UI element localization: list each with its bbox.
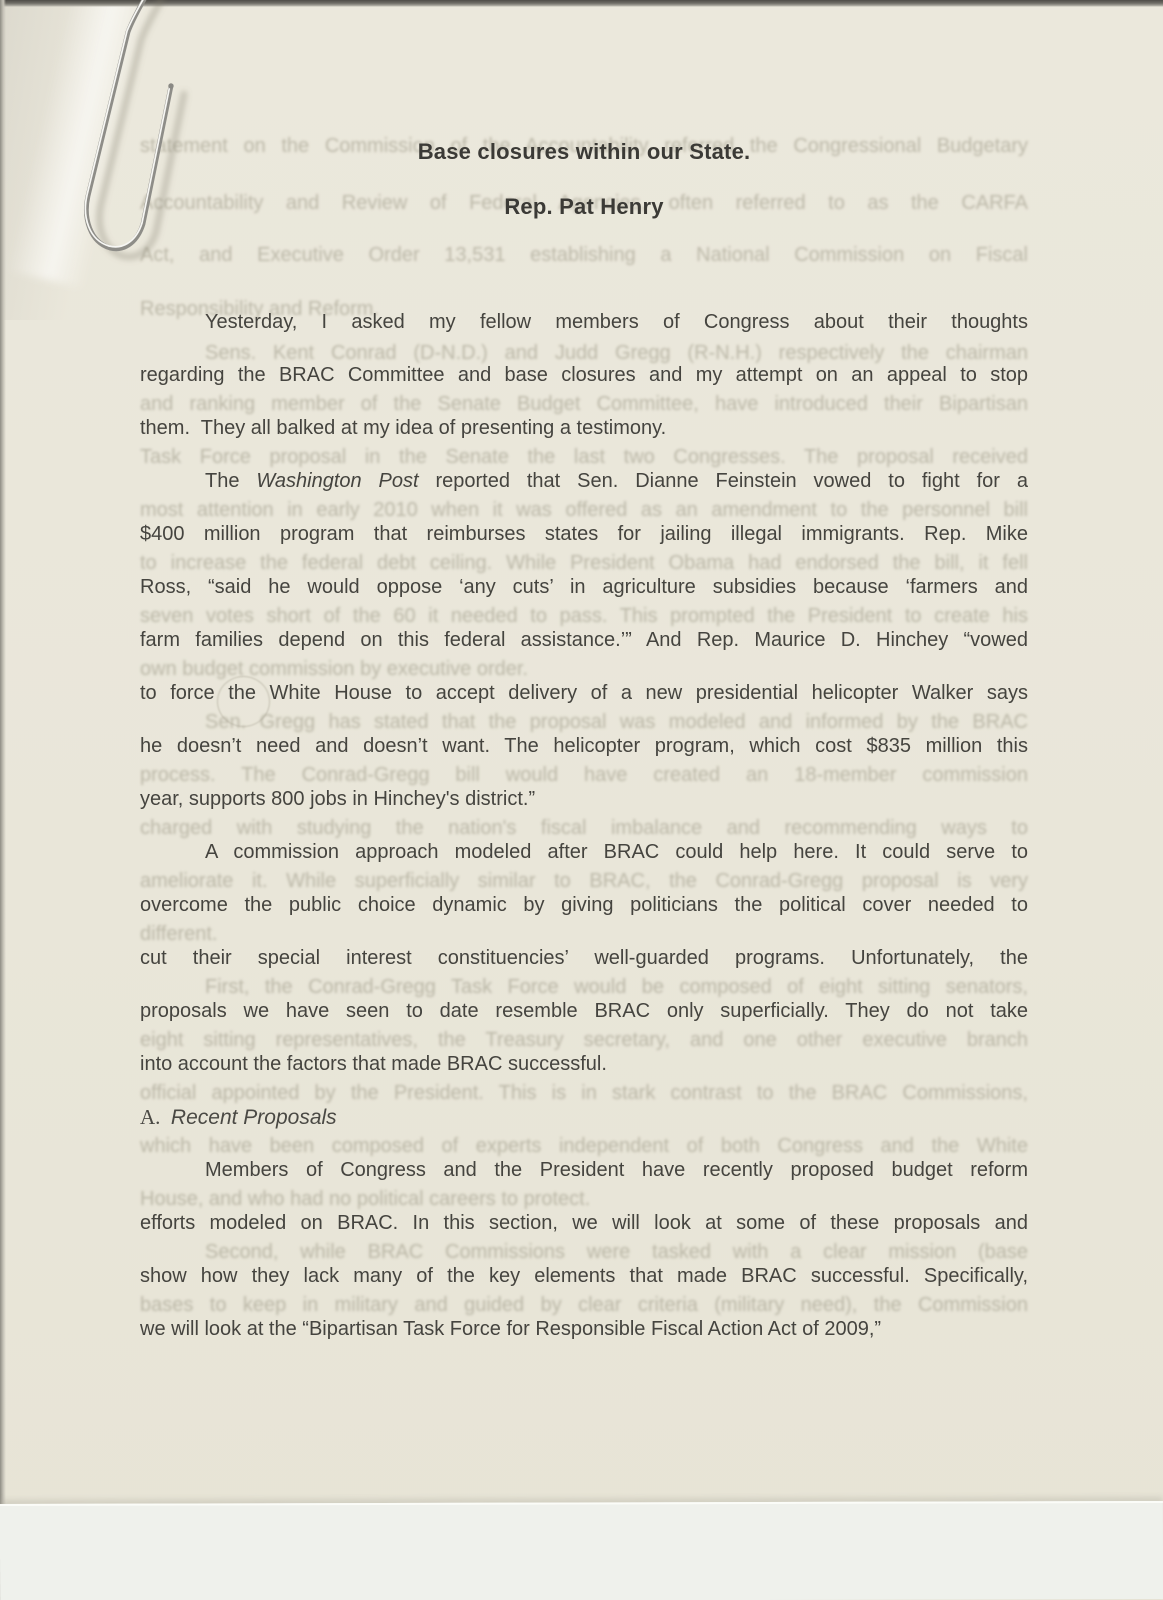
body-line: $400 million program that reimburses sta… [140,508,1028,561]
body-line: Members of Congress and the President ha… [140,1144,1028,1197]
scan-top-edge [0,0,1163,7]
body-line: Yesterday, I asked my fellow members of … [140,296,1028,349]
body-line: cut their special interest constituencie… [140,932,1028,985]
body-line: efforts modeled on BRAC. In this section… [140,1197,1028,1250]
body-line: to force the White House to accept deliv… [140,667,1028,720]
bleedthrough-line: Act, and Executive Order 13,531 establis… [140,242,1028,269]
scanned-page: statement on the Commission of the Accou… [0,0,1163,1600]
body-line: farm families depend on this federal ass… [140,614,1028,667]
circular-impression [217,676,270,727]
page-bottom-edge [0,1501,1163,1600]
body-line: he doesn’t need and doesn’t want. The he… [140,720,1028,773]
body-line: year, supports 800 jobs in Hinchey's dis… [140,773,1028,826]
body-line: show how they lack many of the key eleme… [140,1250,1028,1303]
body-line: regarding the BRAC Committee and base cl… [140,349,1028,402]
document-title: Base closures within our State. [140,124,1028,179]
body-line: A commission approach modeled after BRAC… [140,826,1028,879]
section-heading: A. Recent Proposals [140,1091,1028,1144]
document-author: Rep. Pat Henry [140,179,1028,234]
body-line: overcome the public choice dynamic by gi… [140,879,1028,932]
body-line: proposals we have seen to date resemble … [140,985,1028,1038]
scan-left-edge [0,0,6,1600]
body-line: we will look at the “Bipartisan Task For… [140,1303,1028,1356]
body-line: them. They all balked at my idea of pres… [140,402,1028,455]
body-line: into account the factors that made BRAC … [140,1038,1028,1091]
body-line: Ross, “said he would oppose ‘any cuts’ i… [140,561,1028,614]
document-body: Yesterday, I asked my fellow members of … [140,296,1028,1356]
title-block: Base closures within our State. Rep. Pat… [140,124,1028,234]
body-line: The Washington Post reported that Sen. D… [140,455,1028,508]
